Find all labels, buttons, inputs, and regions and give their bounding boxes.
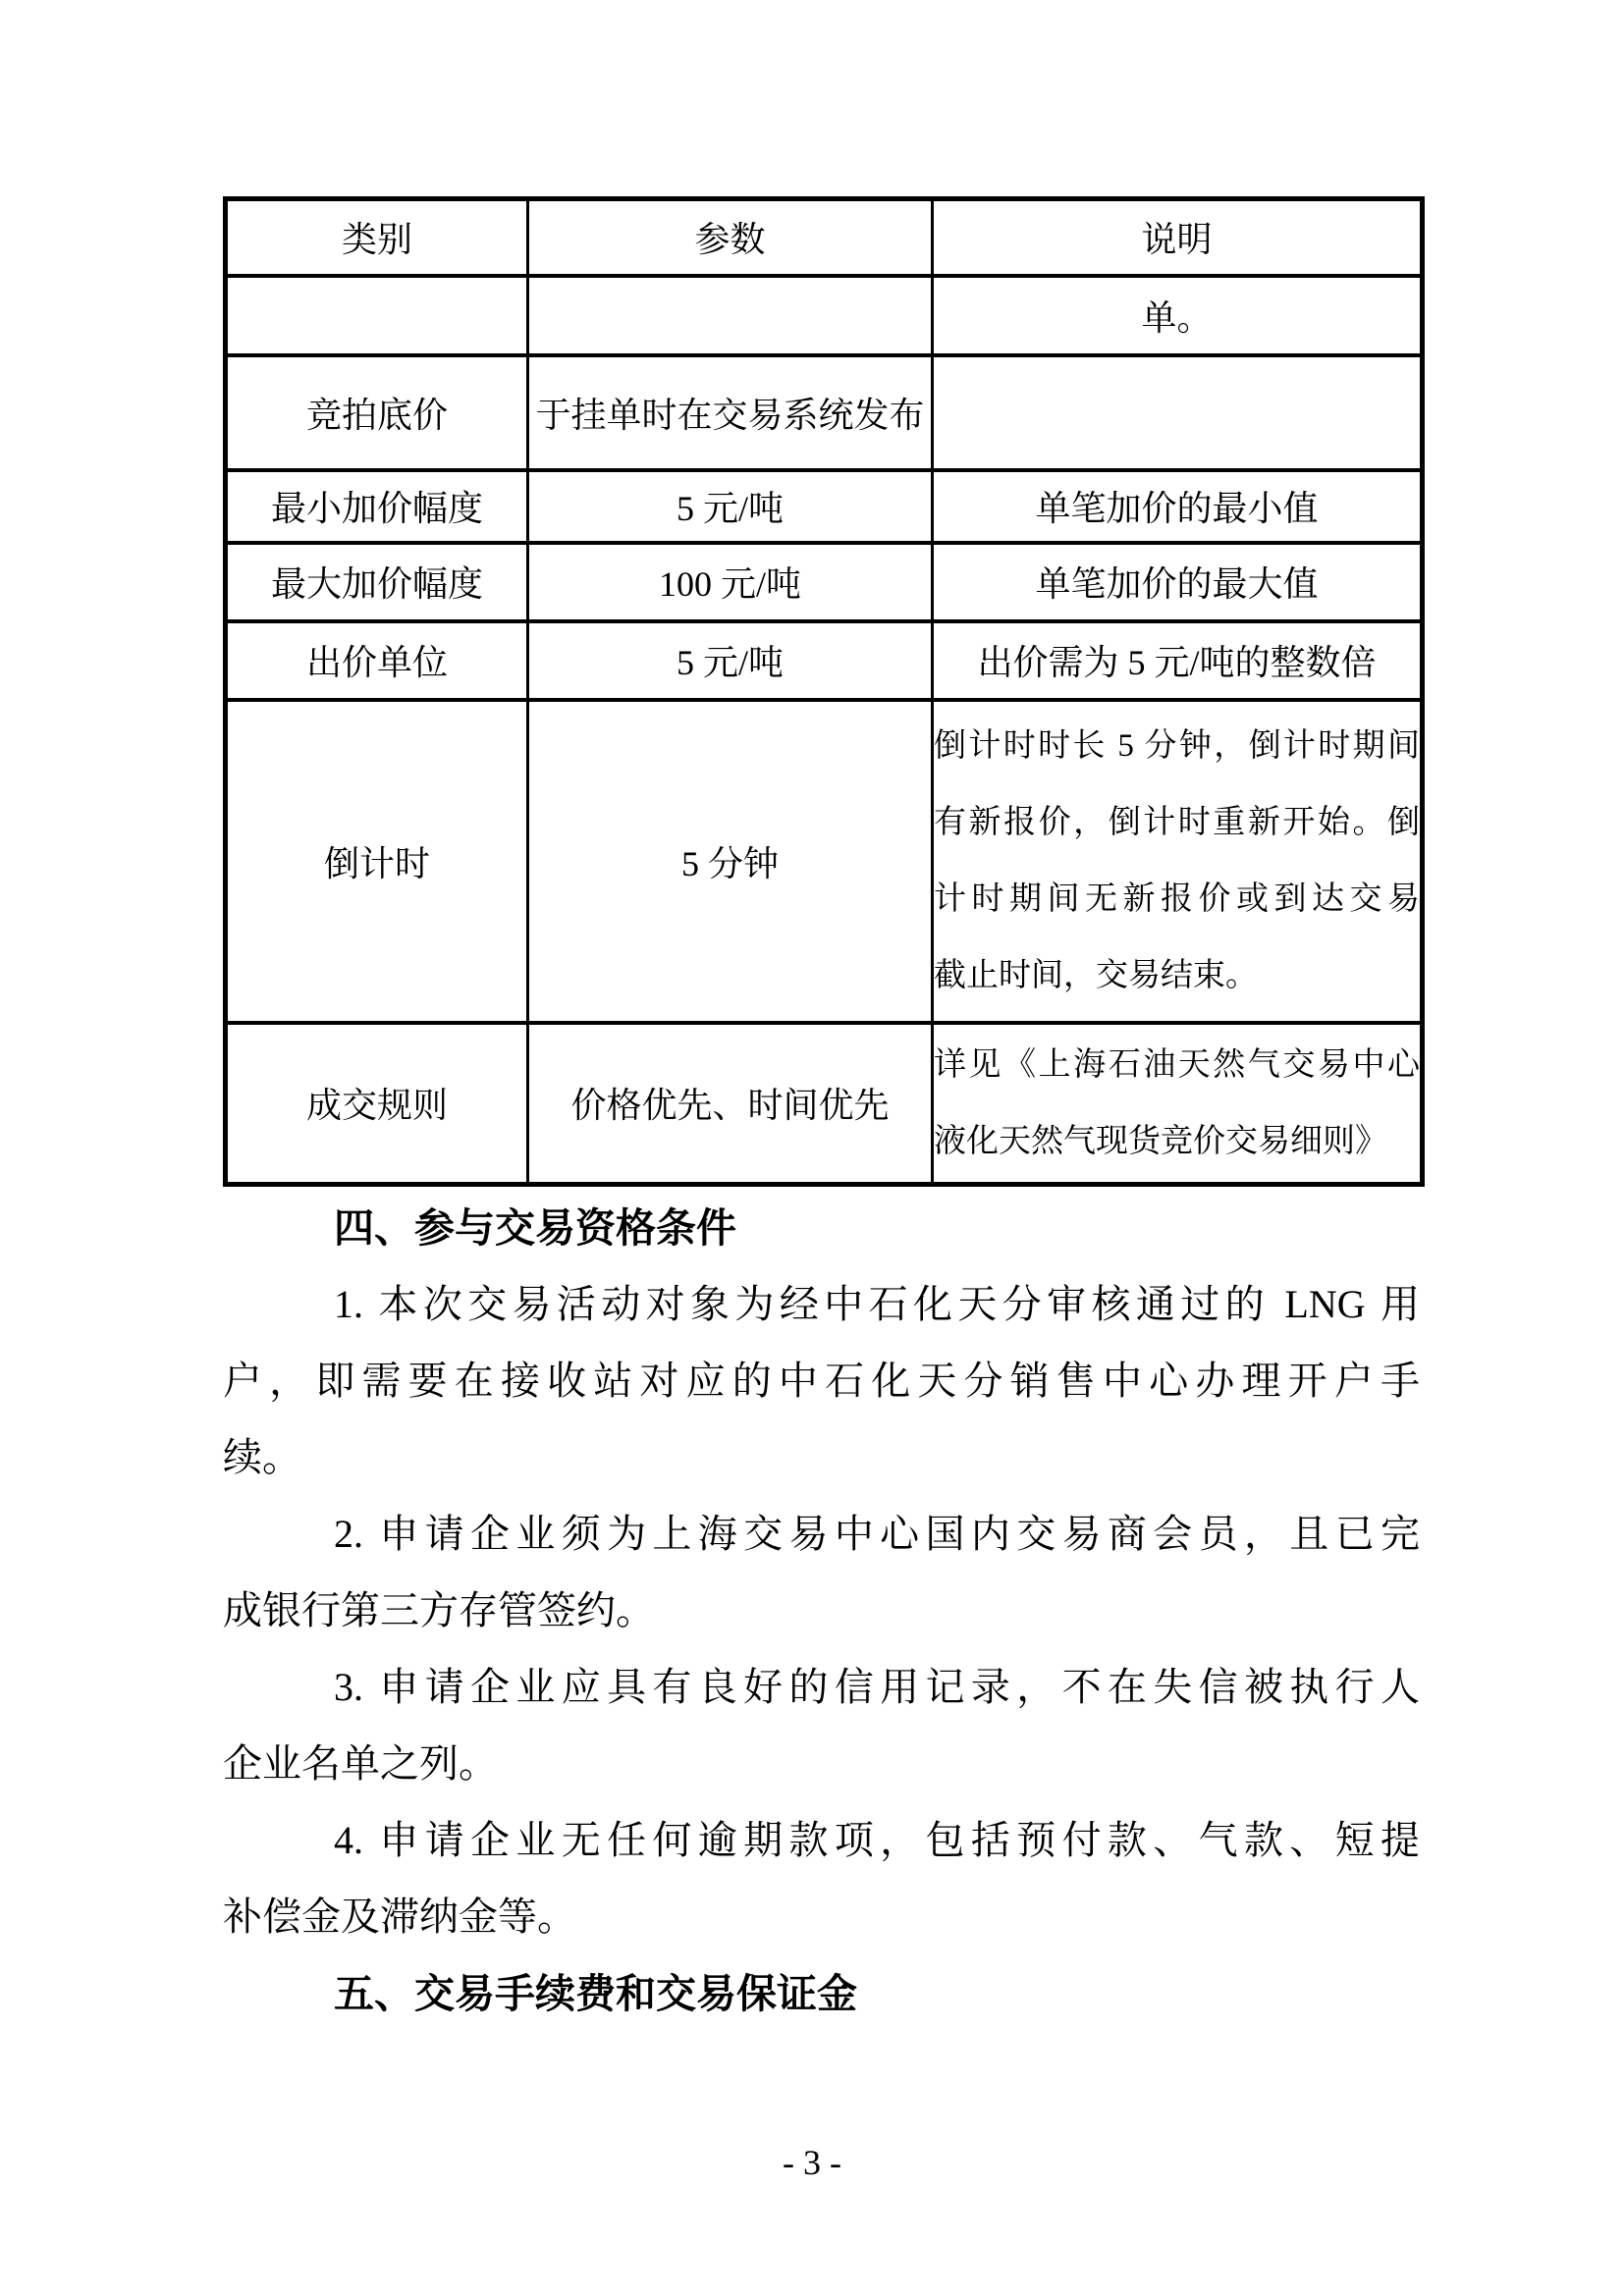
body-line: 3. 申请企业应具有良好的信用记录，不在失信被执行人: [223, 1649, 1420, 1726]
cell-parameter: 于挂单时在交易系统发布: [528, 355, 933, 470]
header-description: 说明: [933, 199, 1423, 276]
cell-category: 最小加价幅度: [226, 470, 528, 543]
cell-category: 竞拍底价: [226, 355, 528, 470]
cell-description: 单笔加价的最小值: [933, 470, 1423, 543]
cell-category: 出价单位: [226, 621, 528, 700]
cell-parameter: 100 元/吨: [528, 543, 933, 621]
body-line: 户，即需要在接收站对应的中石化天分销售中心办理开户手: [223, 1343, 1420, 1419]
cell-parameter: [528, 276, 933, 355]
header-category: 类别: [226, 199, 528, 276]
table-row: 竞拍底价 于挂单时在交易系统发布: [226, 355, 1423, 470]
cell-category: [226, 276, 528, 355]
description-line: 截止时间，交易结束。: [934, 937, 1420, 1014]
body-line: 4. 申请企业无任何逾期款项，包括预付款、气款、短提: [223, 1802, 1420, 1879]
cell-description: 详见《上海石油天然气交易中心 液化天然气现货竞价交易细则》: [933, 1023, 1423, 1185]
table-header-row: 类别 参数 说明: [226, 199, 1423, 276]
body-line: 2. 申请企业须为上海交易中心国内交易商会员，且已完: [223, 1496, 1420, 1573]
cell-parameter: 5 元/吨: [528, 470, 933, 543]
cell-parameter: 价格优先、时间优先: [528, 1023, 933, 1185]
body-line: 续。: [223, 1419, 1420, 1496]
section-heading-four: 四、参与交易资格条件: [223, 1190, 1420, 1266]
body-line: 成银行第三方存管签约。: [223, 1573, 1420, 1649]
description-line: 液化天然气现货竞价交易细则》: [934, 1103, 1420, 1180]
cell-description: 倒计时时长 5 分钟，倒计时期间 有新报价，倒计时重新开始。倒 计时期间无新报价…: [933, 700, 1423, 1023]
table-row: 最小加价幅度 5 元/吨 单笔加价的最小值: [226, 470, 1423, 543]
table-row: 单。: [226, 276, 1423, 355]
cell-category: 最大加价幅度: [226, 543, 528, 621]
header-parameter: 参数: [528, 199, 933, 276]
parameters-table: 类别 参数 说明 单。 竞拍底价 于挂单时在交易系统发布 最小加价幅度 5 元/…: [223, 196, 1425, 1187]
cell-description: 单笔加价的最大值: [933, 543, 1423, 621]
body-line: 企业名单之列。: [223, 1726, 1420, 1802]
table-row: 最大加价幅度 100 元/吨 单笔加价的最大值: [226, 543, 1423, 621]
cell-description: 出价需为 5 元/吨的整数倍: [933, 621, 1423, 700]
table-row: 倒计时 5 分钟 倒计时时长 5 分钟，倒计时期间 有新报价，倒计时重新开始。倒…: [226, 700, 1423, 1023]
cell-description: [933, 355, 1423, 470]
cell-category: 倒计时: [226, 700, 528, 1023]
table-row: 成交规则 价格优先、时间优先 详见《上海石油天然气交易中心 液化天然气现货竞价交…: [226, 1023, 1423, 1185]
body-line: 1. 本次交易活动对象为经中石化天分审核通过的 LNG 用: [223, 1266, 1420, 1343]
body-text: 四、参与交易资格条件 1. 本次交易活动对象为经中石化天分审核通过的 LNG 用…: [223, 1190, 1420, 2032]
cell-parameter: 5 分钟: [528, 700, 933, 1023]
cell-description: 单。: [933, 276, 1423, 355]
cell-category: 成交规则: [226, 1023, 528, 1185]
table-row: 出价单位 5 元/吨 出价需为 5 元/吨的整数倍: [226, 621, 1423, 700]
document-page: 类别 参数 说明 单。 竞拍底价 于挂单时在交易系统发布 最小加价幅度 5 元/…: [0, 0, 1624, 2296]
description-line: 有新报价，倒计时重新开始。倒: [934, 784, 1420, 861]
body-line: 补偿金及滞纳金等。: [223, 1879, 1420, 1955]
page-number: - 3 -: [0, 2124, 1624, 2201]
section-heading-five: 五、交易手续费和交易保证金: [223, 1955, 1420, 2032]
description-line: 计时期间无新报价或到达交易: [934, 861, 1420, 937]
cell-parameter: 5 元/吨: [528, 621, 933, 700]
description-line: 倒计时时长 5 分钟，倒计时期间: [934, 708, 1420, 784]
description-line: 详见《上海石油天然气交易中心: [934, 1027, 1420, 1103]
